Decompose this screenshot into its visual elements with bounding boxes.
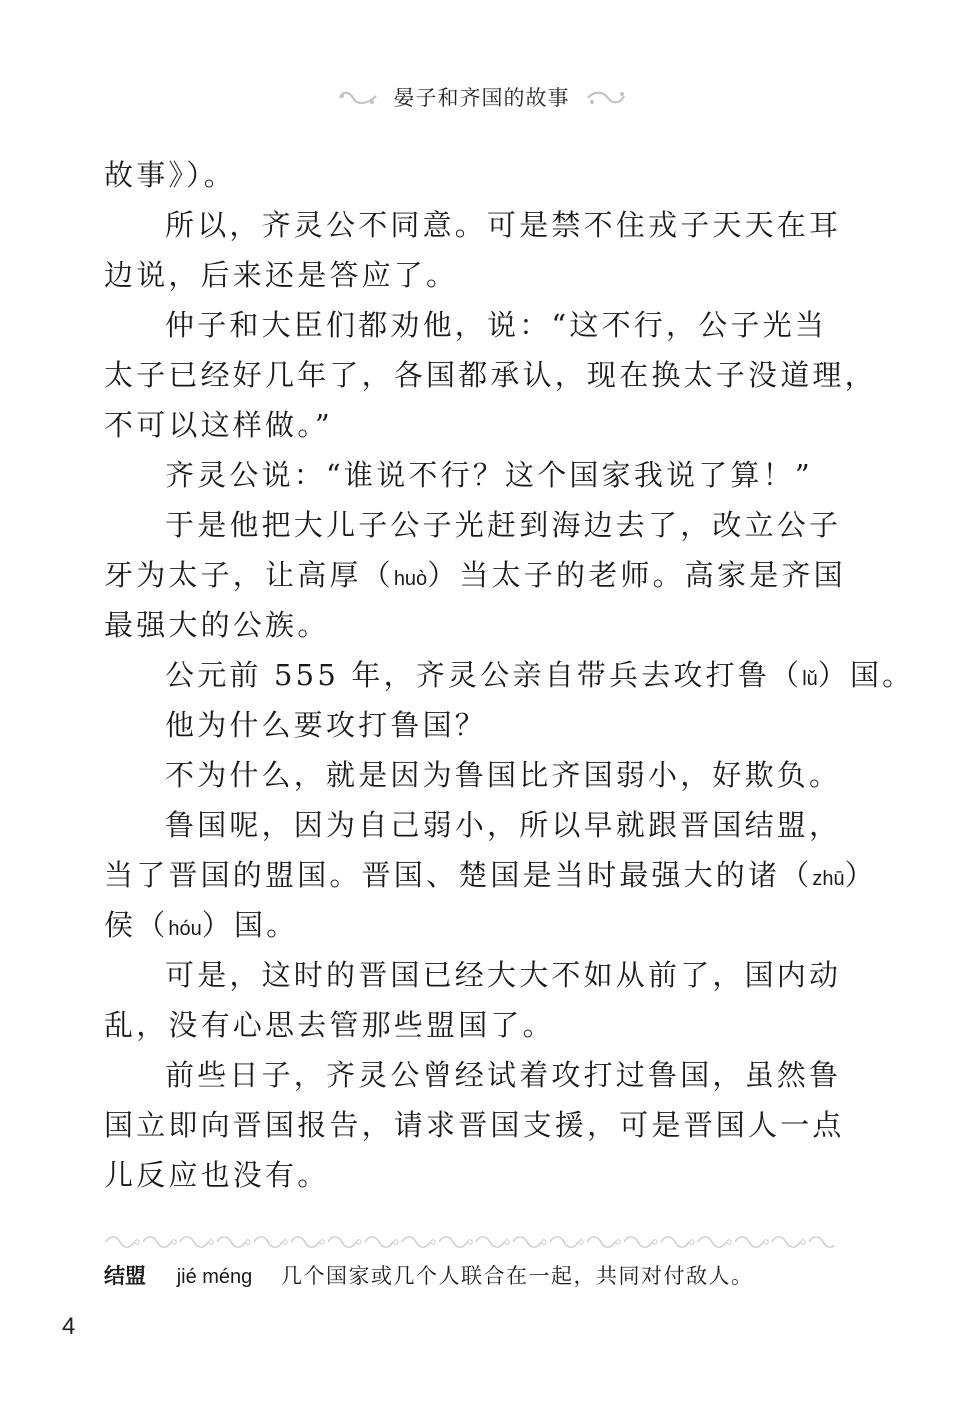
text-line: 不为什么，就是因为鲁国比齐国弱小，好欺负。: [104, 750, 839, 800]
text-line: 可是，这时的晋国已经大大不如从前了，国内动: [104, 950, 839, 1000]
text-line: 齐灵公说：“谁说不行？这个国家我说了算！”: [104, 450, 839, 500]
text-line: 鲁国呢，因为自己弱小，所以早就跟晋国结盟，: [104, 800, 839, 850]
text-line: 当了晋国的盟国。晋国、楚国是当时最强大的诸（zhū）: [104, 850, 839, 900]
text-line: 所以，齐灵公不同意。可是禁不住戎子天天在耳: [104, 200, 839, 250]
text-line: 国立即向晋国报告，请求晋国支援，可是晋国人一点: [104, 1100, 839, 1150]
text-line: 公元前 555 年，齐灵公亲自带兵去攻打鲁（lǔ）国。: [104, 650, 839, 700]
swirl-ornament-left-icon: [336, 86, 380, 108]
text-line: 儿反应也没有。: [104, 1150, 839, 1200]
line-text: ）当太子的老师。高家是齐国: [427, 558, 846, 592]
pinyin-annotation: huò: [394, 568, 427, 590]
text-line: 前些日子，齐灵公曾经试着攻打过鲁国，虽然鲁: [104, 1050, 839, 1100]
glossary-definition: 几个国家或几个人联合在一起，共同对付敌人。: [281, 1264, 754, 1288]
text-line: 侯（hóu）国。: [104, 900, 839, 950]
pinyin-annotation: zhū: [812, 868, 844, 890]
line-text: 公元前 555 年，齐灵公亲自带兵去攻打鲁（: [165, 658, 802, 692]
line-text: ）: [845, 858, 877, 892]
line-text: ）国。: [202, 908, 299, 942]
line-text: 牙为太子，让高厚（: [104, 558, 394, 592]
line-text: 侯（: [104, 908, 168, 942]
glossary-note: 结盟 jié méng 几个国家或几个人联合在一起，共同对付敌人。: [104, 1260, 753, 1290]
page-number: 4: [62, 1313, 75, 1341]
glossary-pinyin: jié méng: [177, 1266, 253, 1288]
running-header: 晏子和齐国的故事: [0, 80, 963, 114]
text-line: 他为什么要攻打鲁国？: [104, 700, 839, 750]
text-line: 不可以这样做。”: [104, 400, 839, 450]
text-line: 乱，没有心思去管那些盟国了。: [104, 1000, 839, 1050]
line-text: 当了晋国的盟国。晋国、楚国是当时最强大的诸（: [104, 858, 812, 892]
swirl-ornament-right-icon: [584, 86, 628, 108]
pinyin-annotation: hóu: [168, 918, 201, 940]
text-line: 边说，后来还是答应了。: [104, 250, 839, 300]
pinyin-annotation: lǔ: [802, 668, 818, 690]
glossary-term: 结盟: [104, 1264, 146, 1288]
text-line: 最强大的公族。: [104, 600, 839, 650]
text-line: 于是他把大儿子公子光赶到海边去了，改立公子: [104, 500, 839, 550]
text-line: 故事》）。: [104, 150, 839, 200]
line-text: ）国。: [818, 658, 915, 692]
text-line: 仲子和大臣们都劝他，说：“这不行，公子光当: [104, 300, 839, 350]
text-line: 牙为太子，让高厚（huò）当太子的老师。高家是齐国: [104, 550, 839, 600]
text-line: 太子已经好几年了，各国都承认，现在换太子没道理，: [104, 350, 839, 400]
header-title: 晏子和齐国的故事: [394, 82, 570, 112]
body-text: 故事》）。所以，齐灵公不同意。可是禁不住戎子天天在耳边说，后来还是答应了。仲子和…: [104, 150, 839, 1200]
decorative-divider: [104, 1234, 834, 1250]
